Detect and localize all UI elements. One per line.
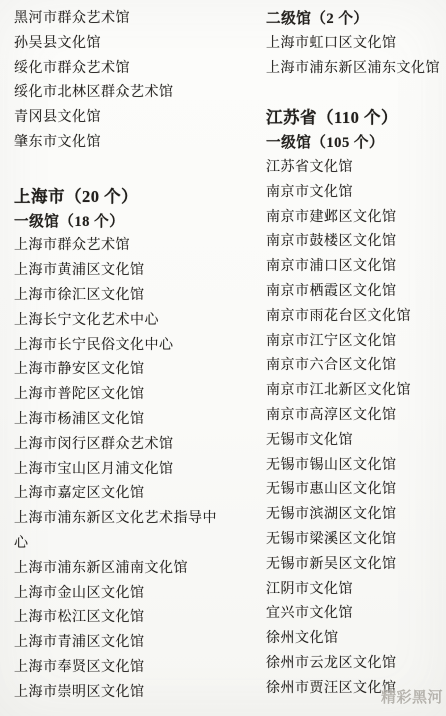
list-item-cultural-center: 上海市长宁民俗文化中心 (14, 334, 227, 359)
list-item-cultural-center: 上海市静安区文化馆 (14, 358, 227, 383)
list-item-cultural-center: 无锡市锡山区文化馆 (266, 454, 446, 479)
list-item-cultural-center: 上海市青浦区文化馆 (14, 631, 227, 656)
list-item-cultural-center: 孙吴县文化馆 (14, 32, 227, 57)
list-item-cultural-center: 南京市文化馆 (266, 181, 446, 206)
list-item-cultural-center: 上海市虹口区文化馆 (266, 32, 446, 57)
grade-heading-shanghai-level1: 一级馆（18 个） (14, 210, 227, 235)
document-page: 黑河市群众艺术馆孙吴县文化馆绥化市群众艺术馆绥化市北林区群众艺术馆青冈县文化馆肇… (0, 0, 446, 716)
list-item-cultural-center: 肇东市文化馆 (14, 131, 227, 156)
list-item-cultural-center: 上海市崇明区文化馆 (14, 681, 227, 706)
list-item-cultural-center: 上海市群众艺术馆 (14, 234, 227, 259)
list-item-cultural-center: 南京市鼓楼区文化馆 (266, 230, 446, 255)
list-item-cultural-center: 南京市六合区文化馆 (266, 354, 446, 379)
list-item-cultural-center: 南京市江宁区文化馆 (266, 330, 446, 355)
list-item-cultural-center: 无锡市梁溪区文化馆 (266, 528, 446, 553)
list-item-cultural-center: 黑河市群众艺术馆 (14, 7, 227, 32)
list-item-cultural-center: 徐州市云龙区文化馆 (266, 652, 446, 677)
list-item-cultural-center: 上海市松江区文化馆 (14, 606, 227, 631)
list-item-cultural-center: 上海长宁文化艺术中心 (14, 309, 227, 334)
jiangsu-level1-items-list: 江苏省文化馆南京市文化馆南京市建邺区文化馆南京市鼓楼区文化馆南京市浦口区文化馆南… (266, 156, 446, 702)
list-item-cultural-center: 上海市黄浦区文化馆 (14, 259, 227, 284)
left-column: 黑河市群众艺术馆孙吴县文化馆绥化市群众艺术馆绥化市北林区群众艺术馆青冈县文化馆肇… (14, 7, 227, 706)
grade-heading-jiangsu-level1: 一级馆（105 个） (266, 131, 446, 156)
list-item-cultural-center: 无锡市惠山区文化馆 (266, 478, 446, 503)
list-item-cultural-center: 上海市金山区文化馆 (14, 582, 227, 607)
heilongjiang-items-list: 黑河市群众艺术馆孙吴县文化馆绥化市群众艺术馆绥化市北林区群众艺术馆青冈县文化馆肇… (14, 7, 227, 156)
list-item-cultural-center: 南京市雨花台区文化馆 (266, 305, 446, 330)
shanghai-level2-items-list: 上海市虹口区文化馆上海市浦东新区浦东文化馆 (266, 32, 446, 82)
list-item-cultural-center: 上海市奉贤区文化馆 (14, 656, 227, 681)
list-item-cultural-center: 上海市徐汇区文化馆 (14, 284, 227, 309)
list-item-cultural-center: 绥化市北林区群众艺术馆 (14, 81, 227, 106)
list-item-cultural-center: 江苏省文化馆 (266, 156, 446, 181)
grade-heading-shanghai-level2: 二级馆（2 个） (266, 7, 446, 32)
list-item-cultural-center: 上海市宝山区月浦文化馆 (14, 458, 227, 483)
list-item-cultural-center: 徐州文化馆 (266, 627, 446, 652)
list-item-cultural-center: 南京市浦口区文化馆 (266, 255, 446, 280)
list-item-cultural-center: 南京市高淳区文化馆 (266, 404, 446, 429)
list-item-cultural-center: 无锡市滨湖区文化馆 (266, 503, 446, 528)
list-item-cultural-center: 江阴市文化馆 (266, 578, 446, 603)
list-item-cultural-center: 上海市杨浦区文化馆 (14, 408, 227, 433)
province-heading-jiangsu: 江苏省（110 个） (266, 106, 446, 131)
list-item-cultural-center: 无锡市文化馆 (266, 429, 446, 454)
list-item-cultural-center: 上海市嘉定区文化馆 (14, 482, 227, 507)
list-item-cultural-center: 上海市闵行区群众艺术馆 (14, 433, 227, 458)
watermark: 精彩黑河 (381, 686, 443, 707)
list-item-cultural-center: 青冈县文化馆 (14, 106, 227, 131)
list-item-cultural-center: 南京市建邺区文化馆 (266, 206, 446, 231)
list-item-cultural-center: 上海市浦东新区浦南文化馆 (14, 557, 227, 582)
list-item-cultural-center: 南京市栖霞区文化馆 (266, 280, 446, 305)
list-item-cultural-center: 无锡市新吴区文化馆 (266, 553, 446, 578)
right-column: 二级馆（2 个） 上海市虹口区文化馆上海市浦东新区浦东文化馆 江苏省（110 个… (266, 7, 446, 702)
list-item-cultural-center: 绥化市群众艺术馆 (14, 57, 227, 82)
list-item-cultural-center: 宜兴市文化馆 (266, 602, 446, 627)
province-heading-shanghai: 上海市（20 个） (14, 185, 227, 210)
list-item-cultural-center: 南京市江北新区文化馆 (266, 379, 446, 404)
shanghai-level1-items-list: 上海市群众艺术馆上海市黄浦区文化馆上海市徐汇区文化馆上海长宁文化艺术中心上海市长… (14, 234, 227, 705)
list-item-cultural-center: 上海市普陀区文化馆 (14, 383, 227, 408)
list-item-cultural-center: 上海市浦东新区文化艺术指导中心 (14, 507, 227, 557)
list-item-cultural-center: 上海市浦东新区浦东文化馆 (266, 57, 446, 82)
